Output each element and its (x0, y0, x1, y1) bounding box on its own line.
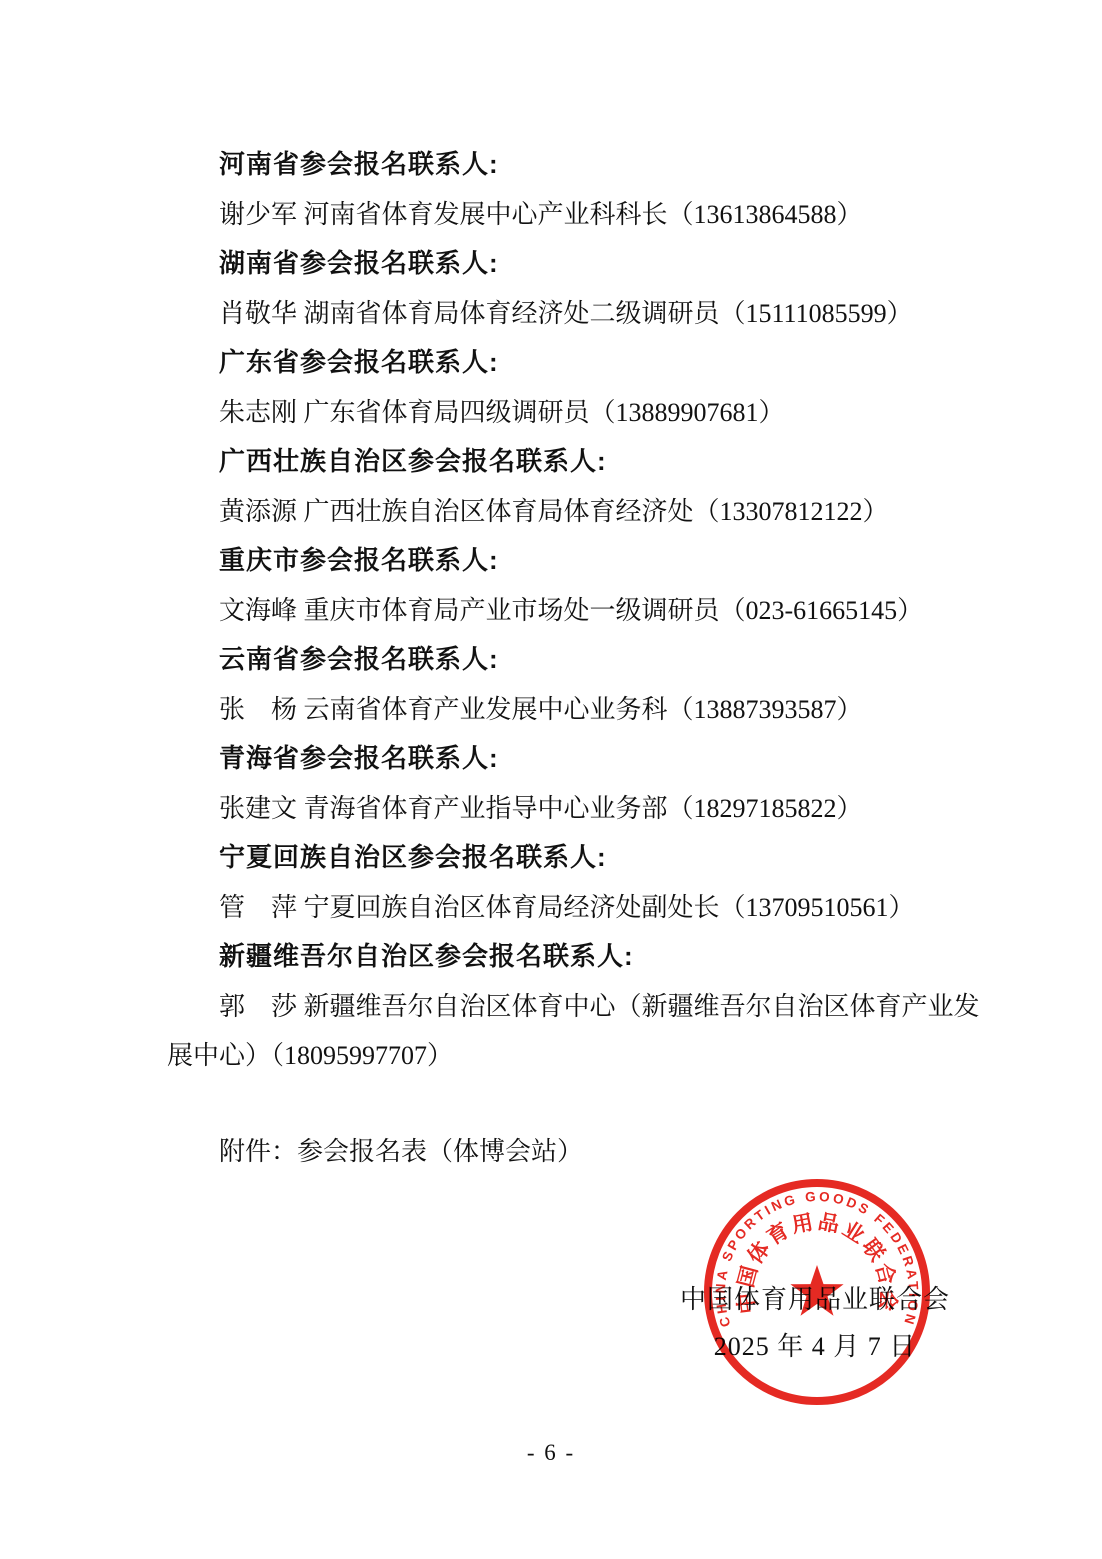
section-detail-chongqing: 文海峰 重庆市体育局产业市场处一级调研员（023-61665145） (167, 586, 957, 636)
section-header-guangxi: 广西壮族自治区参会报名联系人: (167, 437, 957, 487)
section-header-guangdong: 广东省参会报名联系人: (167, 338, 957, 388)
section-header-hunan: 湖南省参会报名联系人: (167, 239, 957, 289)
section-detail-guangxi: 黄添源 广西壮族自治区体育局体育经济处（13307812122） (167, 487, 957, 537)
attachment-line: 附件：参会报名表（体博会站） (167, 1127, 957, 1177)
page-number: - 6 - (0, 1440, 1102, 1466)
section-detail-xinjiang-line1: 郭 莎 新疆维吾尔自治区体育中心（新疆维吾尔自治区体育产业发 (167, 982, 957, 1032)
section-header-henan: 河南省参会报名联系人: (167, 140, 957, 190)
section-detail-yunnan: 张 杨 云南省体育产业发展中心业务科（13887393587） (167, 685, 957, 735)
section-header-qinghai: 青海省参会报名联系人: (167, 734, 957, 784)
section-detail-qinghai: 张建文 青海省体育产业指导中心业务部（18297185822） (167, 784, 957, 834)
contact-list: 河南省参会报名联系人: 谢少军 河南省体育发展中心产业科科长（136138645… (167, 140, 957, 1176)
star-icon (790, 1265, 843, 1316)
section-detail-hunan: 肖敬华 湖南省体育局体育经济处二级调研员（15111085599） (167, 289, 957, 339)
document-page: 河南省参会报名联系人: 谢少军 河南省体育发展中心产业科科长（136138645… (0, 0, 1102, 1559)
section-header-ningxia: 宁夏回族自治区参会报名联系人: (167, 833, 957, 883)
section-header-xinjiang: 新疆维吾尔自治区参会报名联系人: (167, 932, 957, 982)
section-header-yunnan: 云南省参会报名联系人: (167, 635, 957, 685)
section-detail-ningxia: 管 萍 宁夏回族自治区体育局经济处副处长（13709510561） (167, 883, 957, 933)
section-detail-xinjiang-line2: 展中心）（18095997707） (167, 1031, 957, 1081)
section-detail-guangdong: 朱志刚 广东省体育局四级调研员（13889907681） (167, 388, 957, 438)
section-header-chongqing: 重庆市参会报名联系人: (167, 536, 957, 586)
section-detail-henan: 谢少军 河南省体育发展中心产业科科长（13613864588） (167, 190, 957, 240)
official-seal: CHINA SPORTING GOODS FEDERATION 中国体育用品业联… (699, 1174, 935, 1410)
